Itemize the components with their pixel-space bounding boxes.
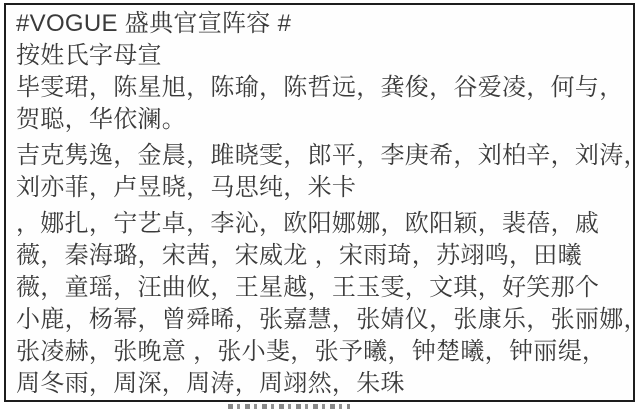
subheading: 按姓氏字母宣 (16, 40, 629, 72)
name-list-line: 吉克隽逸，金晨，雎晓雯，郎平，李庚希，刘柏辛，刘涛， (16, 140, 629, 172)
text-post-screenshot: #VOGUE 盛典官宣阵容 # 按姓氏字母宣 毕雯珺，陈星旭，陈瑜，陈哲远，龚俊… (0, 0, 640, 409)
cropped-caption-fragment (228, 404, 350, 409)
name-list-line: 薇，童瑶，汪曲攸，王星越，王玉雯，文琪，好笑那个 (16, 272, 629, 304)
name-list-line: 贺聪，华依澜。 (16, 104, 629, 136)
name-list-line: 小鹿，杨幂，曾舜晞，张嘉慧，张婧仪，张康乐，张丽娜， (16, 304, 629, 336)
name-list-line: 刘亦菲，卢昱晓，马思纯，米卡 (16, 172, 629, 204)
hashtag-title: #VOGUE 盛典官宣阵容 # (16, 8, 629, 40)
name-list-line: 张凌赫，张晚意 ，张小斐，张予曦，钟楚曦，钟丽缇， (16, 336, 629, 368)
name-list-line: 周冬雨，周深，周涛，周翊然，朱珠 (16, 368, 629, 400)
name-list-line: ，娜扎，宁艺卓，李沁，欧阳娜娜，欧阳颖，裴蓓，戚 (16, 208, 629, 240)
name-list-line: 毕雯珺，陈星旭，陈瑜，陈哲远，龚俊，谷爱凌，何与， (16, 72, 629, 104)
announcement-text-box: #VOGUE 盛典官宣阵容 # 按姓氏字母宣 毕雯珺，陈星旭，陈瑜，陈哲远，龚俊… (4, 3, 635, 402)
name-list-line: 薇，秦海璐，宋茜，宋威龙 ，宋雨琦，苏翊鸣，田曦 (16, 240, 629, 272)
